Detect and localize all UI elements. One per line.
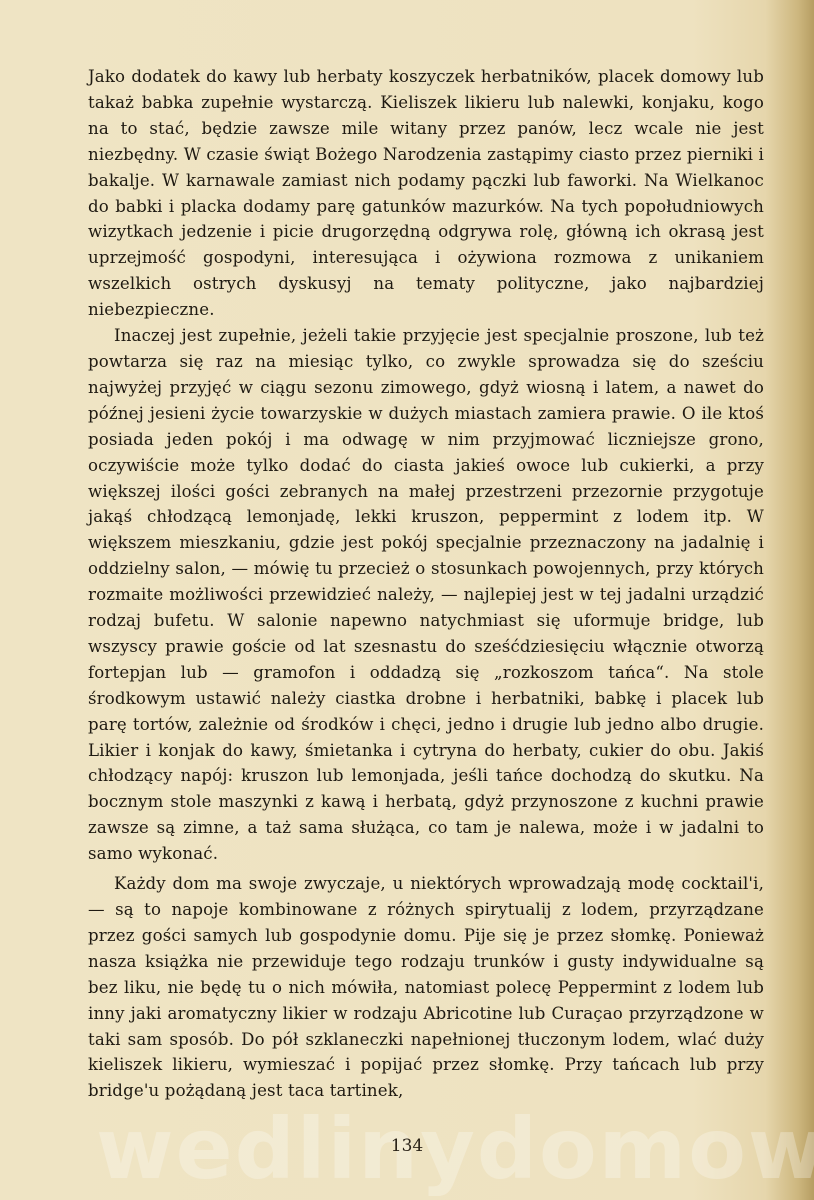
book-page: Jako dodatek do kawy lub herbaty koszycz…: [0, 0, 814, 1200]
paragraph-1: Jako dodatek do kawy lub herbaty koszycz…: [88, 64, 764, 323]
paragraph-2: Inaczej jest zupełnie, jeżeli takie przy…: [88, 323, 764, 867]
paragraph-3: Każdy dom ma swoje zwyczaje, u niektóryc…: [88, 871, 764, 1104]
page-number: 134: [0, 1136, 814, 1156]
body-text: Jako dodatek do kawy lub herbaty koszycz…: [88, 64, 764, 1104]
